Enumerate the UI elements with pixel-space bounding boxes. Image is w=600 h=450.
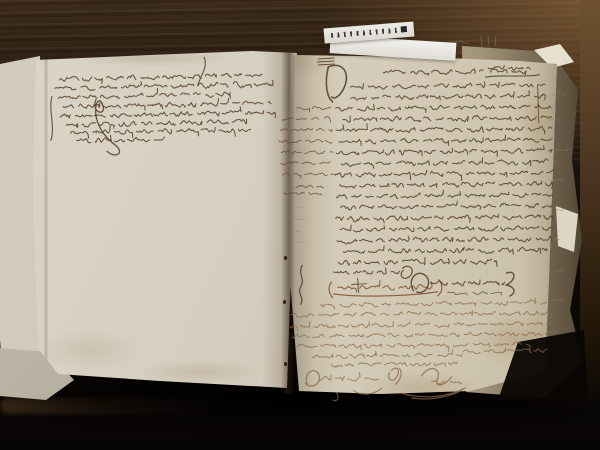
wormhole-mark	[283, 300, 286, 304]
slip-printed-marks	[331, 28, 399, 38]
wormhole-mark	[284, 362, 287, 366]
manuscript-photo	[0, 0, 600, 450]
book-gutter	[281, 52, 295, 394]
slip-printed-block	[401, 26, 407, 32]
wormhole-mark	[284, 256, 287, 260]
